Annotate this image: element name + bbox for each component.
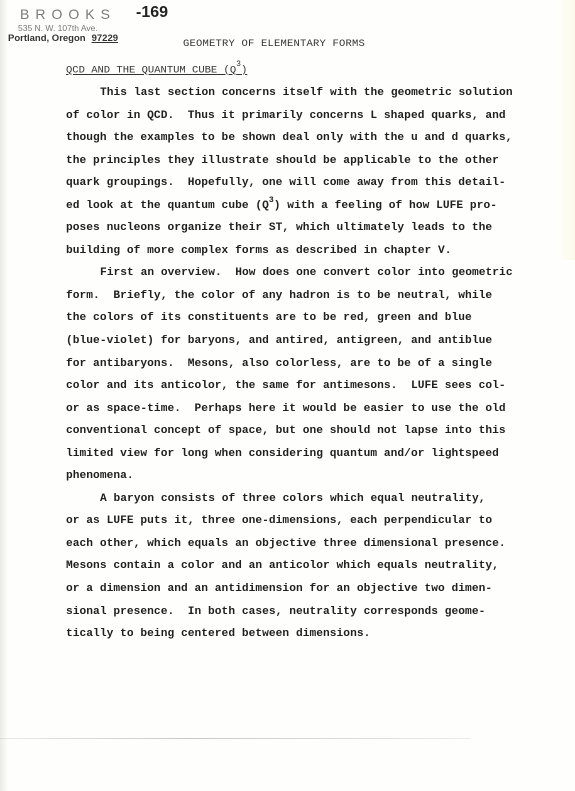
stamp-city-line: Portland, Oregon97229 xyxy=(8,33,118,44)
stamp-zip: 97229 xyxy=(92,33,118,44)
text-line: or a dimension and an antidimension for … xyxy=(66,578,546,601)
text-line: limited view for long when considering q… xyxy=(66,443,546,466)
text-line: the principles they illustrate should be… xyxy=(66,150,546,173)
text-line: of color in QCD. Thus it primarily conce… xyxy=(66,105,546,128)
text-line: quark groupings. Hopefully, one will com… xyxy=(66,172,546,195)
stamp-street: 535 N. W. 107th Ave. xyxy=(18,23,98,33)
document-page: BROOKS -169 535 N. W. 107th Ave. Portlan… xyxy=(0,0,575,791)
section-heading-text: QCD AND THE QUANTUM CUBE (Q xyxy=(66,65,236,77)
text-line: ed look at the quantum cube (Q3) with a … xyxy=(66,195,546,218)
text-line: (blue-violet) for baryons, and antired, … xyxy=(66,330,546,353)
body-text: This last section concerns itself with t… xyxy=(66,82,546,646)
text-line: color and its anticolor, the same for an… xyxy=(66,375,546,398)
text-line: the colors of its constituents are to be… xyxy=(66,307,546,330)
text-line: This last section concerns itself with t… xyxy=(66,82,546,105)
text-line: or as space-time. Perhaps here it would … xyxy=(66,398,546,421)
text-line-part: ed look at the quantum cube (Q xyxy=(66,200,269,212)
text-line: sional presence. In both cases, neutrali… xyxy=(66,601,546,624)
handwritten-page-number: -169 xyxy=(136,4,168,22)
text-line: First an overview. How does one convert … xyxy=(66,262,546,285)
text-line: though the examples to be shown deal onl… xyxy=(66,127,546,150)
section-heading-close: ) xyxy=(241,65,247,77)
text-line: conventional concept of space, but one s… xyxy=(66,420,546,443)
section-heading-superscript: 3 xyxy=(236,60,241,69)
text-line: form. Briefly, the color of any hadron i… xyxy=(66,285,546,308)
section-heading: QCD AND THE QUANTUM CUBE (Q3) xyxy=(66,62,247,77)
stamp-name: BROOKS xyxy=(20,6,116,22)
scan-fold-line xyxy=(0,738,470,739)
text-line: for antibaryons. Mesons, also colorless,… xyxy=(66,353,546,376)
text-line: Mesons contain a color and an anticolor … xyxy=(66,555,546,578)
text-line: A baryon consists of three colors which … xyxy=(66,488,546,511)
text-line: or as LUFE puts it, three one-dimensions… xyxy=(66,510,546,533)
text-line: poses nucleons organize their ST, which … xyxy=(66,217,546,240)
stamp-city: Portland, Oregon xyxy=(8,33,86,44)
text-line: tically to being centered between dimens… xyxy=(66,623,546,646)
text-line: phenomena. xyxy=(66,465,546,488)
text-line-part: ) with a feeling of how LUFE pro- xyxy=(274,200,497,212)
document-title: GEOMETRY OF ELEMENTARY FORMS xyxy=(183,38,365,50)
text-line: building of more complex forms as descri… xyxy=(66,240,546,263)
text-line: each other, which equals an objective th… xyxy=(66,533,546,556)
superscript: 3 xyxy=(269,196,274,205)
